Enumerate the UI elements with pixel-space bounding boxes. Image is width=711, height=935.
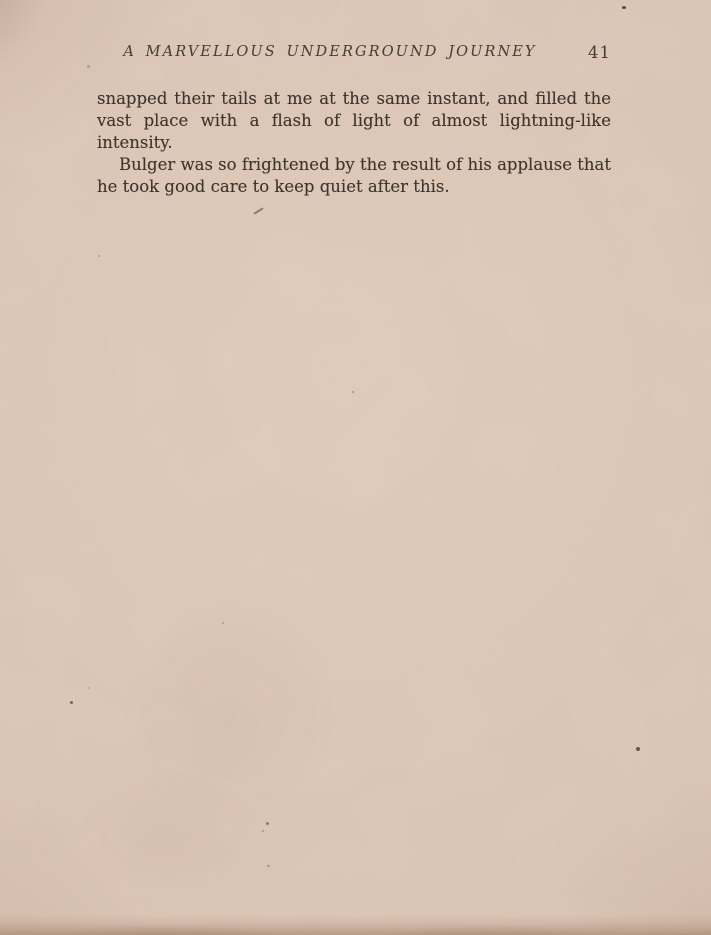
- ink-speck: [88, 687, 90, 689]
- page-bottom-edge-blotch: [40, 925, 290, 935]
- bleed-through-smudge: [80, 770, 260, 890]
- ink-speck: [87, 65, 90, 68]
- ink-speck: [622, 6, 626, 9]
- page-bottom-edge-blotch: [380, 926, 600, 935]
- corner-crease-shadow: [0, 0, 52, 87]
- text-line: vast place with a flash of light of almo…: [97, 110, 611, 132]
- pencil-slash-mark: [253, 207, 263, 215]
- ink-speck: [262, 830, 264, 832]
- page-header: A MARVELLOUS UNDERGROUND JOURNEY 41: [97, 44, 611, 63]
- paragraph-1: snapped their tails at me at the same in…: [97, 88, 611, 154]
- running-title: A MARVELLOUS UNDERGROUND JOURNEY: [97, 44, 611, 60]
- text-line: he took good care to keep quiet after th…: [97, 176, 611, 198]
- ink-speck: [267, 865, 270, 867]
- ink-speck: [636, 747, 640, 751]
- scanned-book-page: A MARVELLOUS UNDERGROUND JOURNEY 41 snap…: [0, 0, 711, 935]
- paragraph-2: Bulger was so frightened by the result o…: [97, 154, 611, 198]
- ink-speck: [352, 391, 354, 393]
- page-number: 41: [588, 43, 611, 62]
- text-line: Bulger was so frightened by the result o…: [97, 154, 611, 176]
- text-line: snapped their tails at me at the same in…: [97, 88, 611, 110]
- text-line: intensity.: [97, 132, 611, 154]
- body-text: snapped their tails at me at the same in…: [97, 88, 611, 198]
- ink-speck: [222, 622, 224, 624]
- page-content: A MARVELLOUS UNDERGROUND JOURNEY 41 snap…: [97, 44, 611, 198]
- ink-speck: [98, 255, 100, 257]
- ink-speck: [70, 701, 73, 704]
- ink-speck: [266, 822, 269, 825]
